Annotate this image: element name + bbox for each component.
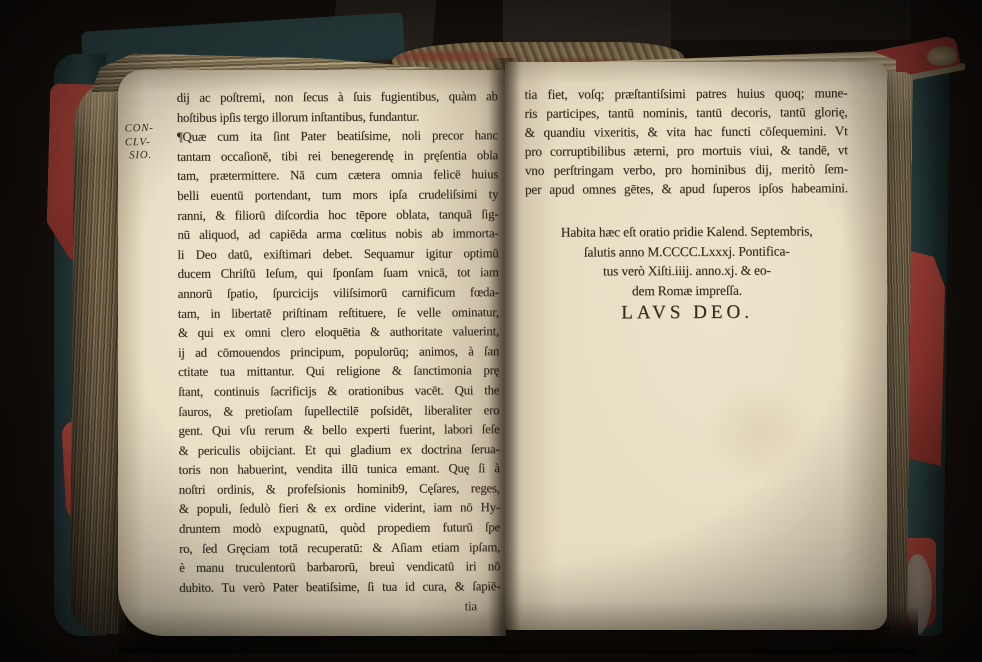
photo-background: CON-CLV-SIO. dij ac poſtremi, non ſecus … [0,0,982,662]
text-line: nū aliquod, ad capiēda arma cœlitus nobi… [177,224,498,245]
text-line: gent. Qui vſu rerum & bello experti fuer… [178,420,499,441]
text-line: è manu truculentorū barbarorū, breuì ven… [179,557,500,578]
text-line: pro corruptibilibus æterni, pro mortuis … [525,140,848,161]
text-line: SIO. [125,149,175,163]
text-line: ¶Quæ cum ita ſint Pater beatiſsime, noli… [177,126,498,147]
right-page-text: tia fiet, voſq; præſtantiſsimi patres hu… [524,83,848,199]
text-line: ranni, & filiorū diſcordia hoc tēpore ob… [177,205,498,226]
text-line: & periculis obijciant. Et qui gladium ex… [179,440,500,461]
text-line: vno perſtringam verbo, pro hominibus dij… [525,159,848,180]
endband-tassel [927,46,957,66]
gutter-shadow [488,58,520,636]
catchword: tia [178,597,499,618]
text-line: & populi, ſedulò fieri & ex ordine vider… [179,499,500,520]
text-line: hoſtibus ipſis tergo illorum inſtantibus… [177,107,498,128]
text-line: dij ac poſtremi, non ſecus à ſuis fugien… [177,87,498,108]
text-line: ij ad cōmouendos principum, populorūq; a… [178,342,499,363]
right-page-text-flow: tia fiet, voſq; præſtantiſsimi patres hu… [524,83,848,323]
text-line: tam, in libertatē priſtinam reſtituere, … [178,303,499,324]
left-page: CON-CLV-SIO. dij ac poſtremi, non ſecus … [118,70,506,636]
text-line: dem Romæ impreſſa. [525,280,848,301]
text-line: CLV- [125,135,175,149]
text-line: annorū ſpatio, ſpurcicijs viliſsimorū ca… [178,283,499,304]
text-line: belli euentū portendant, tum mors ipſa c… [177,185,498,206]
text-line: ſtant, continuis ſacrificijs & orationib… [178,381,499,402]
page-stain [705,382,815,482]
colophon: Habita hæc eſt oratio pridie Kalend. Sep… [525,221,848,301]
text-line: per apud omnes gētes, & apud ſuperos ipſ… [525,178,848,199]
right-page: tia fiet, voſq; præſtantiſsimi patres hu… [505,62,887,630]
margin-note: CON-CLV-SIO. [125,122,176,163]
book-stand-block-far-right [671,0,911,40]
text-line: CON- [125,122,175,136]
text-line: ctitate tua mittantur. Qui religione & ſ… [178,361,499,382]
text-line: & qui ex omni clero eloquētia & authorit… [178,322,499,343]
text-line: dubito. Tu verò Pater beatiſsime, ſi tua… [179,577,500,598]
text-line: ſalutis anno M.CCCC.Lxxxj. Pontifica- [525,241,848,262]
text-line: & quandiu vixeritis, & vita hac functi c… [525,121,848,142]
text-line: tam, prætermittere. Nā cum cætera omnia … [177,166,498,187]
text-line: tantam occaſionē, tibi rei benegerendę i… [177,146,498,167]
text-line: li Deo datū, exiſtimari debet. Sequamur … [177,244,498,265]
text-line: druntem modò expugnatū, quòd propediem f… [179,518,500,539]
text-line: tia fiet, voſq; præſtantiſsimi patres hu… [524,83,847,104]
text-line: ris participes, tantū nominis, tantū dec… [524,102,847,123]
text-line: Habita hæc eſt oratio pridie Kalend. Sep… [525,221,848,242]
text-line: ſauros, & pretioſam ſupellectilē poſsidē… [178,401,499,422]
laus-deo: LAVS DEO. [526,302,849,323]
left-page-text: dij ac poſtremi, non ſecus à ſuis fugien… [177,87,501,598]
text-line: ducem Chriſtū Ieſum, qui ſponſam ſuam vn… [178,264,499,285]
text-line: ro, ſed Gręciam totā recuperatū: & Aſiam… [179,538,500,559]
text-line: tus verò Xiſti.iiij. anno.xj. & eo- [525,260,848,281]
text-line: noſtri ordinis, & profeſsionis hominib9,… [179,479,500,500]
text-line: toris non habuerint, vendita illū tunica… [179,459,500,480]
